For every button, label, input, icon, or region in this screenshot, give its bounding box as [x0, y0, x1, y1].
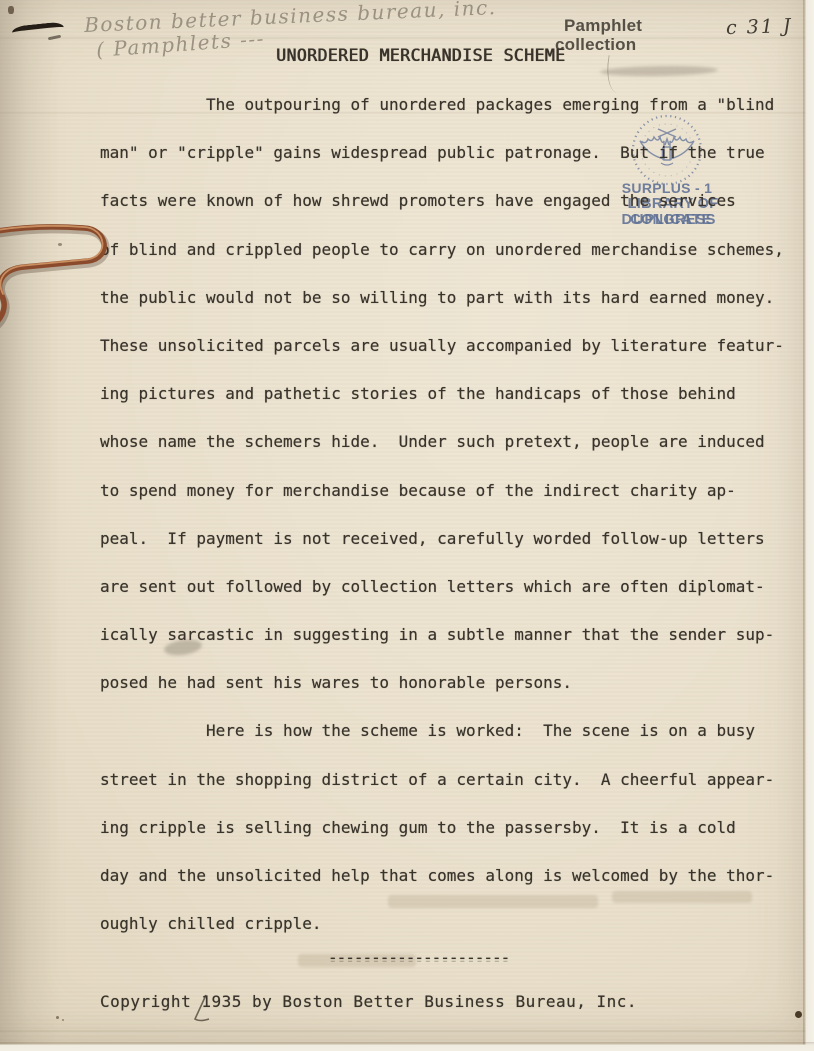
body-line: are sent out followed by collection lett… — [100, 563, 804, 611]
body-line: man" or "cripple" gains widespread publi… — [100, 129, 804, 177]
pencil-tick-mark — [192, 994, 214, 1026]
typed-divider: --------------------- — [328, 948, 509, 968]
paperclip-icon — [0, 216, 126, 338]
body-line: whose name the schemers hide. Under such… — [100, 418, 804, 466]
body-line: facts were known of how shrewd promoters… — [100, 177, 804, 225]
page-left-shadow — [0, 0, 60, 1051]
paper-speck — [62, 1019, 64, 1021]
paper-crease — [0, 1030, 814, 1032]
body-line: ically sarcastic in suggesting in a subt… — [100, 611, 804, 659]
body-line: day and the unsolicited help that comes … — [100, 852, 804, 900]
pamphlet-stamp-line2: collection — [555, 35, 642, 54]
ink-dash-tail-mark — [48, 35, 61, 41]
erased-pencil-smudge — [600, 65, 718, 77]
body-line: ing pictures and pathetic stories of the… — [100, 370, 804, 418]
body-line: These unsolicited parcels are usually ac… — [100, 322, 804, 370]
body-line: The outpouring of unordered packages eme… — [100, 81, 804, 129]
page-right-edge — [803, 0, 814, 1051]
paper-speck — [56, 1016, 59, 1019]
body-line: street in the shopping district of a cer… — [100, 756, 804, 804]
body-line: of blind and crippled people to carry on… — [100, 226, 804, 274]
body-line: ing cripple is selling chewing gum to th… — [100, 804, 804, 852]
shelfmark-note: c 31 J — [726, 15, 793, 39]
pencil-note-line1: Boston better business bureau, inc. — [84, 0, 497, 37]
paper-speck — [795, 1011, 802, 1018]
page-bottom-edge — [0, 1042, 814, 1051]
paper-speck — [8, 6, 14, 14]
body-line: to spend money for merchandise because o… — [100, 467, 804, 515]
body-text: The outpouring of unordered packages eme… — [100, 81, 804, 948]
body-line: peal. If payment is not received, carefu… — [100, 515, 804, 563]
pamphlet-stamp-line1: Pamphlet — [564, 16, 642, 35]
scanned-pamphlet-page: Boston better business bureau, inc. ( Pa… — [0, 0, 814, 1051]
body-line: Here is how the scheme is worked: The sc… — [100, 707, 804, 755]
pamphlet-collection-stamp: Pamphlet collection — [555, 16, 642, 54]
body-line: the public would not be so willing to pa… — [100, 274, 804, 322]
body-line: posed he had sent his wares to honorable… — [100, 659, 804, 707]
body-line: oughly chilled cripple. — [100, 900, 804, 948]
page-title: UNORDERED MERCHANDISE SCHEME — [276, 46, 565, 65]
copyright-line: Copyright 1935 by Boston Better Business… — [100, 992, 637, 1012]
